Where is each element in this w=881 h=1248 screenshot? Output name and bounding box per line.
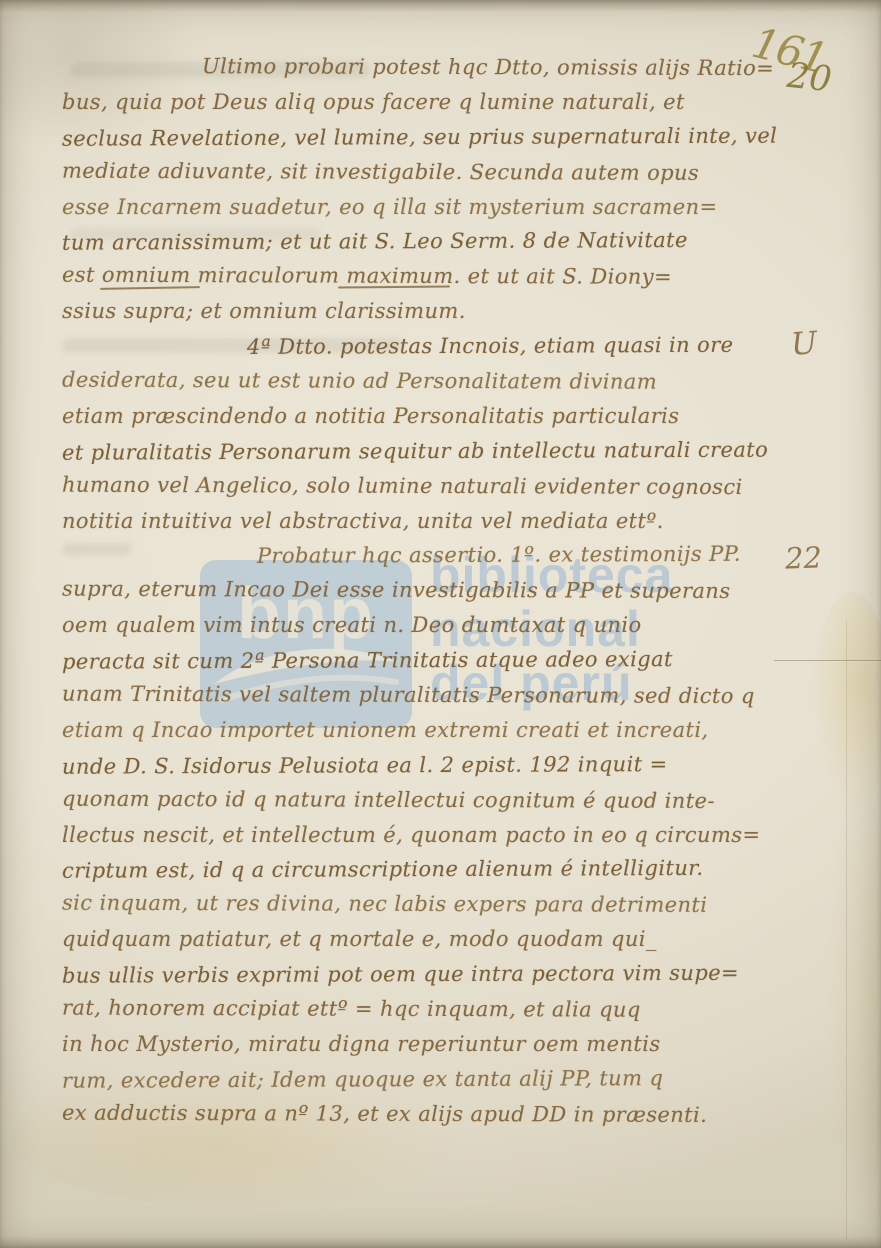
manuscript-line: notitia intuitiva vel abstractiva, unita…: [62, 504, 837, 539]
manuscript-line: humano vel Angelico, solo lumine natural…: [62, 467, 837, 505]
manuscript-line: rat, honorem accipiat ettº = hqc inquam,…: [62, 991, 837, 1029]
manuscript-line: 4ª Dtto. potestas Incnois, etiam quasi i…: [62, 327, 837, 365]
manuscript-page: bnp biblioteca nacional del perú 161 20 …: [0, 0, 881, 1248]
manuscript-line: unam Trinitatis vel saltem pluralitatis …: [62, 677, 837, 715]
manuscript-line: mediate adiuvante, sit investigabile. Se…: [62, 153, 837, 191]
manuscript-line: esse Incarnem suadetur, eo q illa sit my…: [62, 190, 837, 225]
manuscript-line: Probatur hqc assertio. 1º. ex testimonij…: [62, 537, 837, 575]
page-bottom-edge-shadow: [0, 1236, 881, 1248]
manuscript-line: bus ullis verbis exprimi pot oem que int…: [62, 955, 837, 993]
vertical-fold: [846, 620, 847, 1240]
manuscript-line: etiam q Incao importet unionem extremi c…: [62, 713, 837, 748]
manuscript-line: in hoc Mysterio, miratu digna reperiuntu…: [62, 1027, 837, 1062]
manuscript-line: bus, quia pot Deus aliq opus facere q lu…: [62, 85, 837, 120]
manuscript-text-block: Ultimo probari potest hqc Dtto, omissis …: [62, 50, 837, 1132]
manuscript-line: quonam pacto id q natura intellectui cog…: [62, 781, 837, 819]
manuscript-line: ssius supra; et omnium clarissimum.: [62, 294, 837, 329]
manuscript-line: peracta sit cum 2ª Persona Trinitatis at…: [62, 641, 837, 679]
manuscript-line: tum arcanissimum; et ut ait S. Leo Serm.…: [62, 223, 837, 261]
manuscript-line: ex adductis supra a nº 13, et ex alijs a…: [62, 1095, 837, 1133]
manuscript-line: et pluralitatis Personarum sequitur ab i…: [62, 432, 837, 470]
manuscript-line: oem qualem vim intus creati n. Deo dumta…: [62, 608, 837, 643]
manuscript-line: etiam præscindendo a notitia Personalita…: [62, 399, 837, 434]
manuscript-line: supra, eterum Incao Dei esse investigabi…: [62, 572, 837, 610]
manuscript-line: quidquam patiatur, et q mortale e, modo …: [62, 922, 837, 957]
page-top-edge-shadow: [0, 0, 881, 12]
manuscript-line: rum, excedere ait; Idem quoque ex tanta …: [62, 1060, 837, 1098]
manuscript-line: criptum est, id q a circumscriptione ali…: [62, 851, 837, 889]
manuscript-line: unde D. S. Isidorus Pelusiota ea l. 2 ep…: [62, 746, 837, 784]
manuscript-line: Ultimo probari potest hqc Dtto, omissis …: [62, 49, 837, 87]
manuscript-line: est omnium miraculorum maximum. et ut ai…: [62, 258, 837, 296]
manuscript-line: desiderata, seu ut est unio ad Personali…: [62, 363, 837, 401]
manuscript-line: llectus nescit, et intellectum é, quonam…: [62, 818, 837, 853]
manuscript-line: seclusa Revelatione, vel lumine, seu pri…: [62, 118, 837, 156]
manuscript-line: sic inquam, ut res divina, nec labis exp…: [62, 886, 837, 924]
